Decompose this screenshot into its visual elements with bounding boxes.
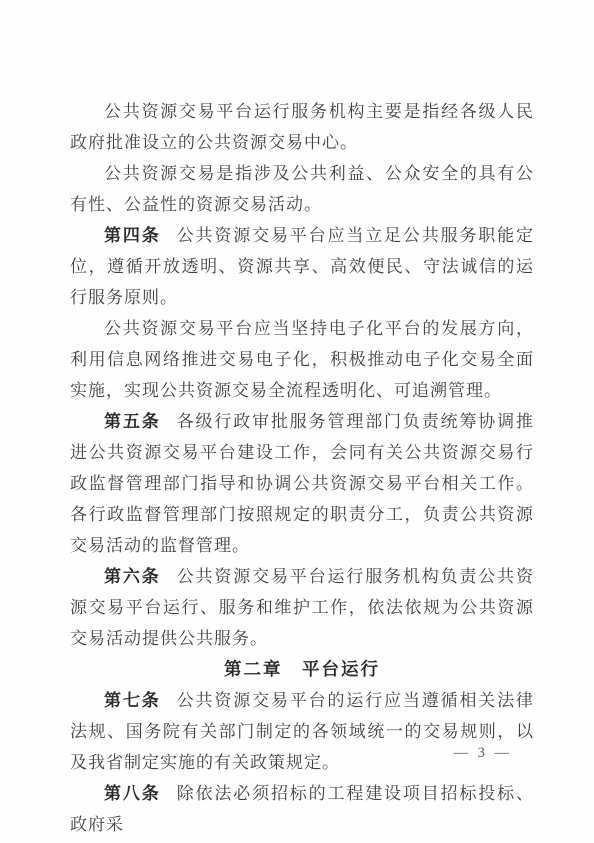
page-number: — 3 —	[454, 745, 513, 762]
paragraph-article-8: 第八条除依法必须招标的工程建设项目招标投标、政府采	[70, 778, 534, 840]
article-label: 第七条	[104, 691, 161, 710]
article-label: 第五条	[104, 412, 161, 431]
paragraph: 公共资源交易平台运行服务机构主要是指经各级人民政府批准设立的公共资源交易中心。	[70, 96, 534, 158]
paragraph: 公共资源交易平台应当坚持电子化平台的发展方向，利用信息网络推进交易电子化，积极推…	[70, 313, 534, 406]
paragraph-article-5: 第五条各级行政审批服务管理部门负责统筹协调推进公共资源交易平台建设工作，会同有关…	[70, 406, 534, 561]
chapter-heading: 第二章 平台运行	[70, 654, 534, 685]
paragraph-article-6: 第六条公共资源交易平台运行服务机构负责公共资源交易平台运行、服务和维护工作，依法…	[70, 561, 534, 654]
paragraph-text: 公共资源交易平台应当坚持电子化平台的发展方向，利用信息网络推进交易电子化，积极推…	[70, 319, 534, 400]
paragraph-text: 各级行政审批服务管理部门负责统筹协调推进公共资源交易平台建设工作，会同有关公共资…	[70, 412, 534, 555]
paragraph-text: 公共资源交易平台运行服务机构主要是指经各级人民政府批准设立的公共资源交易中心。	[70, 102, 534, 152]
article-label: 第六条	[104, 567, 161, 586]
article-label: 第四条	[104, 226, 161, 245]
paragraph: 公共资源交易是指涉及公共利益、公众安全的具有公有性、公益性的资源交易活动。	[70, 158, 534, 220]
article-label: 第八条	[104, 784, 161, 803]
paragraph-article-7: 第七条公共资源交易平台的运行应当遵循相关法律法规、国务院有关部门制定的各领域统一…	[70, 685, 534, 778]
paragraph-text: 公共资源交易是指涉及公共利益、公众安全的具有公有性、公益性的资源交易活动。	[70, 164, 534, 214]
paragraph-article-4: 第四条公共资源交易平台应当立足公共服务职能定位，遵循开放透明、资源共享、高效便民…	[70, 220, 534, 313]
document-page: 公共资源交易平台运行服务机构主要是指经各级人民政府批准设立的公共资源交易中心。 …	[0, 0, 594, 843]
